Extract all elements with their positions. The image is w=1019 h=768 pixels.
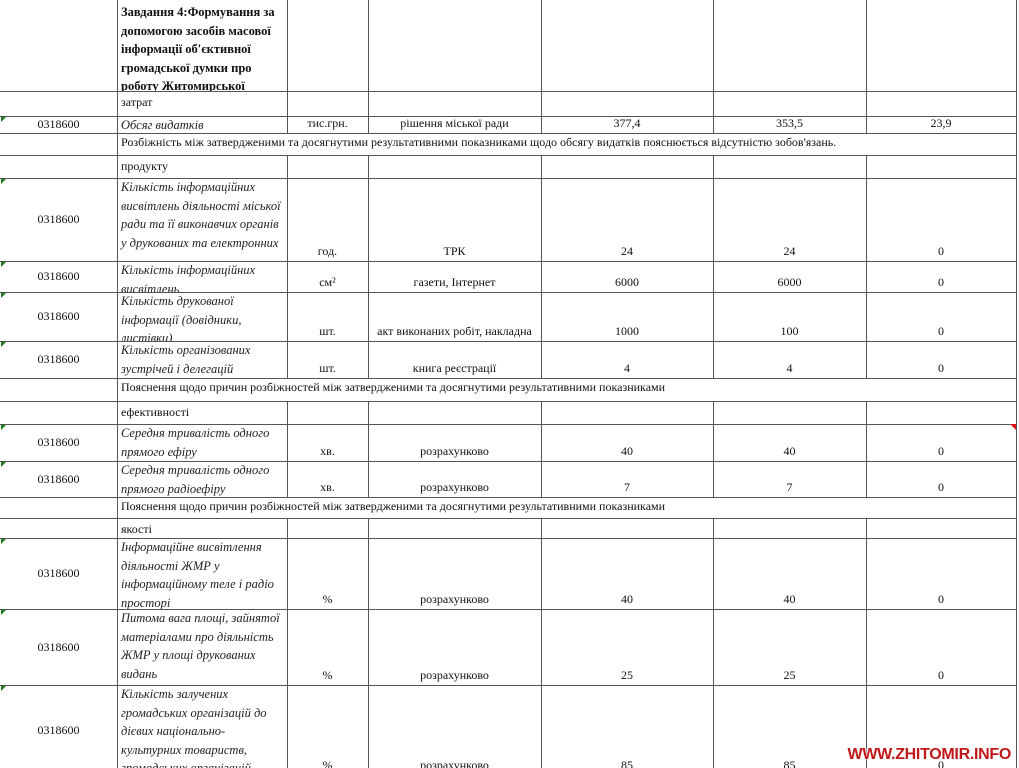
deviation-value[interactable]: 23,9 [866, 116, 1017, 134]
section-label-3[interactable]: якості [117, 518, 288, 539]
section-row-cell[interactable] [866, 518, 1017, 539]
budget-code[interactable]: 0318600 [0, 538, 118, 610]
section-row-cell[interactable] [541, 91, 714, 117]
section-row-cell[interactable] [866, 91, 1017, 117]
task-row-cell[interactable] [866, 0, 1017, 92]
section-label-2[interactable]: ефективності [117, 401, 288, 425]
section-row-cell[interactable] [713, 518, 867, 539]
budget-code[interactable]: 0318600 [0, 424, 118, 462]
source[interactable]: розрахунково [368, 461, 542, 498]
deviation-value[interactable]: 0 [866, 424, 1017, 462]
indicator-name[interactable]: Середня тривалість одного прямого ефіру [117, 424, 288, 462]
task-row-cell[interactable] [713, 0, 867, 92]
section-row-cell[interactable] [713, 91, 867, 117]
unit[interactable]: % [287, 609, 369, 686]
actual-value[interactable]: 7 [713, 461, 867, 498]
task-row-cell[interactable] [287, 0, 369, 92]
budget-code[interactable]: 0318600 [0, 685, 118, 768]
empty-cell[interactable] [0, 155, 118, 179]
planned-value[interactable]: 24 [541, 178, 714, 262]
section-row-cell[interactable] [368, 155, 542, 179]
unit[interactable]: год. [287, 178, 369, 262]
actual-value[interactable]: 24 [713, 178, 867, 262]
empty-cell[interactable] [0, 497, 118, 519]
deviation-value[interactable]: 0 [866, 341, 1017, 379]
explanation-note[interactable]: Пояснення щодо причин розбіжностей між з… [117, 378, 1017, 402]
section-row-cell[interactable] [287, 155, 369, 179]
source[interactable]: акт виконаних робіт, накладна [368, 292, 542, 342]
deviation-value[interactable]: 0 [866, 261, 1017, 293]
task-row-cell[interactable] [368, 0, 542, 92]
section-row-cell[interactable] [541, 401, 714, 425]
actual-value[interactable]: 25 [713, 609, 867, 686]
planned-value[interactable]: 85 [541, 685, 714, 768]
section-row-cell[interactable] [287, 91, 369, 117]
source[interactable]: розрахунково [368, 424, 542, 462]
source[interactable]: книга реєстрації [368, 341, 542, 379]
section-row-cell[interactable] [287, 401, 369, 425]
explanation-note[interactable]: Пояснення щодо причин розбіжностей між з… [117, 497, 1017, 519]
actual-value[interactable]: 4 [713, 341, 867, 379]
comment-marker [1, 425, 6, 430]
unit[interactable]: хв. [287, 461, 369, 498]
comment-marker [1, 262, 6, 267]
planned-value[interactable]: 1000 [541, 292, 714, 342]
empty-cell[interactable] [0, 401, 118, 425]
section-row-cell[interactable] [866, 401, 1017, 425]
deviation-value[interactable]: 0 [866, 178, 1017, 262]
planned-value[interactable]: 377,4 [541, 116, 714, 134]
source[interactable]: розрахунково [368, 685, 542, 768]
section-row-cell[interactable] [541, 155, 714, 179]
deviation-value[interactable]: 0 [866, 538, 1017, 610]
unit[interactable]: шт. [287, 341, 369, 379]
section-row-cell[interactable] [368, 401, 542, 425]
budget-code[interactable]: 0318600 [0, 609, 118, 686]
explanation-note[interactable]: Розбіжність між затвердженими та досягну… [117, 133, 1017, 156]
actual-value[interactable]: 6000 [713, 261, 867, 293]
section-label-0[interactable]: затрат [117, 91, 288, 117]
indicator-name[interactable]: Питома вага площі, зайнятої матеріалами … [117, 609, 288, 686]
unit[interactable]: хв. [287, 424, 369, 462]
indicator-name[interactable]: Кількість залучених громадських організа… [117, 685, 288, 768]
section-row-cell[interactable] [287, 518, 369, 539]
actual-value[interactable]: 85 [713, 685, 867, 768]
empty-cell[interactable] [0, 518, 118, 539]
unit[interactable]: % [287, 538, 369, 610]
empty-cell[interactable] [0, 133, 118, 156]
section-row-cell[interactable] [541, 518, 714, 539]
unit[interactable]: % [287, 685, 369, 768]
unit[interactable]: тис.грн. [287, 116, 369, 134]
section-row-cell[interactable] [713, 155, 867, 179]
comment-marker [1, 610, 6, 615]
indicator-name[interactable]: Інформаційне висвітлення діяльності ЖМР … [117, 538, 288, 610]
note-marker [1010, 424, 1016, 430]
deviation-value[interactable]: 0 [866, 609, 1017, 686]
planned-value[interactable]: 7 [541, 461, 714, 498]
budget-code[interactable]: 0318600 [0, 461, 118, 498]
budget-code[interactable]: 0318600 [0, 261, 118, 293]
actual-value[interactable]: 40 [713, 538, 867, 610]
site-watermark: WWW.ZHITOMIR.INFO [848, 746, 1011, 764]
empty-cell[interactable] [0, 378, 118, 402]
deviation-value[interactable]: 0 [866, 292, 1017, 342]
budget-code[interactable]: 0318600 [0, 292, 118, 342]
planned-value[interactable]: 40 [541, 424, 714, 462]
source[interactable]: рішення міської ради [368, 116, 542, 134]
deviation-value[interactable]: 0 [866, 461, 1017, 498]
comment-marker [1, 539, 6, 544]
section-row-cell[interactable] [368, 91, 542, 117]
indicator-name[interactable]: Кількість друкованої інформації (довідни… [117, 292, 288, 342]
budget-code[interactable]: 0318600 [0, 116, 118, 134]
task-title[interactable]: Завдання 4:Формування за допомогою засоб… [117, 0, 288, 92]
source[interactable]: розрахунково [368, 609, 542, 686]
comment-marker [1, 293, 6, 298]
task-row-cell[interactable] [541, 0, 714, 92]
section-row-cell[interactable] [866, 155, 1017, 179]
source[interactable]: розрахунково [368, 538, 542, 610]
actual-value[interactable]: 100 [713, 292, 867, 342]
actual-value[interactable]: 40 [713, 424, 867, 462]
section-row-cell[interactable] [368, 518, 542, 539]
budget-code[interactable]: 0318600 [0, 341, 118, 379]
section-label-1[interactable]: продукту [117, 155, 288, 179]
planned-value[interactable]: 4 [541, 341, 714, 379]
indicator-name[interactable]: Кількість організованих зустрічей і деле… [117, 341, 288, 379]
unit[interactable]: шт. [287, 292, 369, 342]
source[interactable]: газети, Інтернет [368, 261, 542, 293]
planned-value[interactable]: 25 [541, 609, 714, 686]
source[interactable]: ТРК [368, 178, 542, 262]
unit[interactable]: см² [287, 261, 369, 293]
empty-cell[interactable] [0, 0, 118, 92]
indicator-name[interactable]: Середня тривалість одного прямого радіое… [117, 461, 288, 498]
empty-cell[interactable] [0, 91, 118, 117]
planned-value[interactable]: 6000 [541, 261, 714, 293]
spreadsheet-table: Завдання 4:Формування за допомогою засоб… [0, 0, 1019, 768]
indicator-name[interactable]: Кількість інформаційних висвітлень [117, 261, 288, 293]
actual-value[interactable]: 353,5 [713, 116, 867, 134]
indicator-name[interactable]: Обсяг видатків [117, 116, 288, 134]
comment-marker [1, 117, 6, 122]
indicator-name[interactable]: Кількість інформаційних висвітлень діяль… [117, 178, 288, 262]
section-row-cell[interactable] [713, 401, 867, 425]
comment-marker [1, 342, 6, 347]
comment-marker [1, 686, 6, 691]
comment-marker [1, 179, 6, 184]
planned-value[interactable]: 40 [541, 538, 714, 610]
budget-code[interactable]: 0318600 [0, 178, 118, 262]
comment-marker [1, 462, 6, 467]
